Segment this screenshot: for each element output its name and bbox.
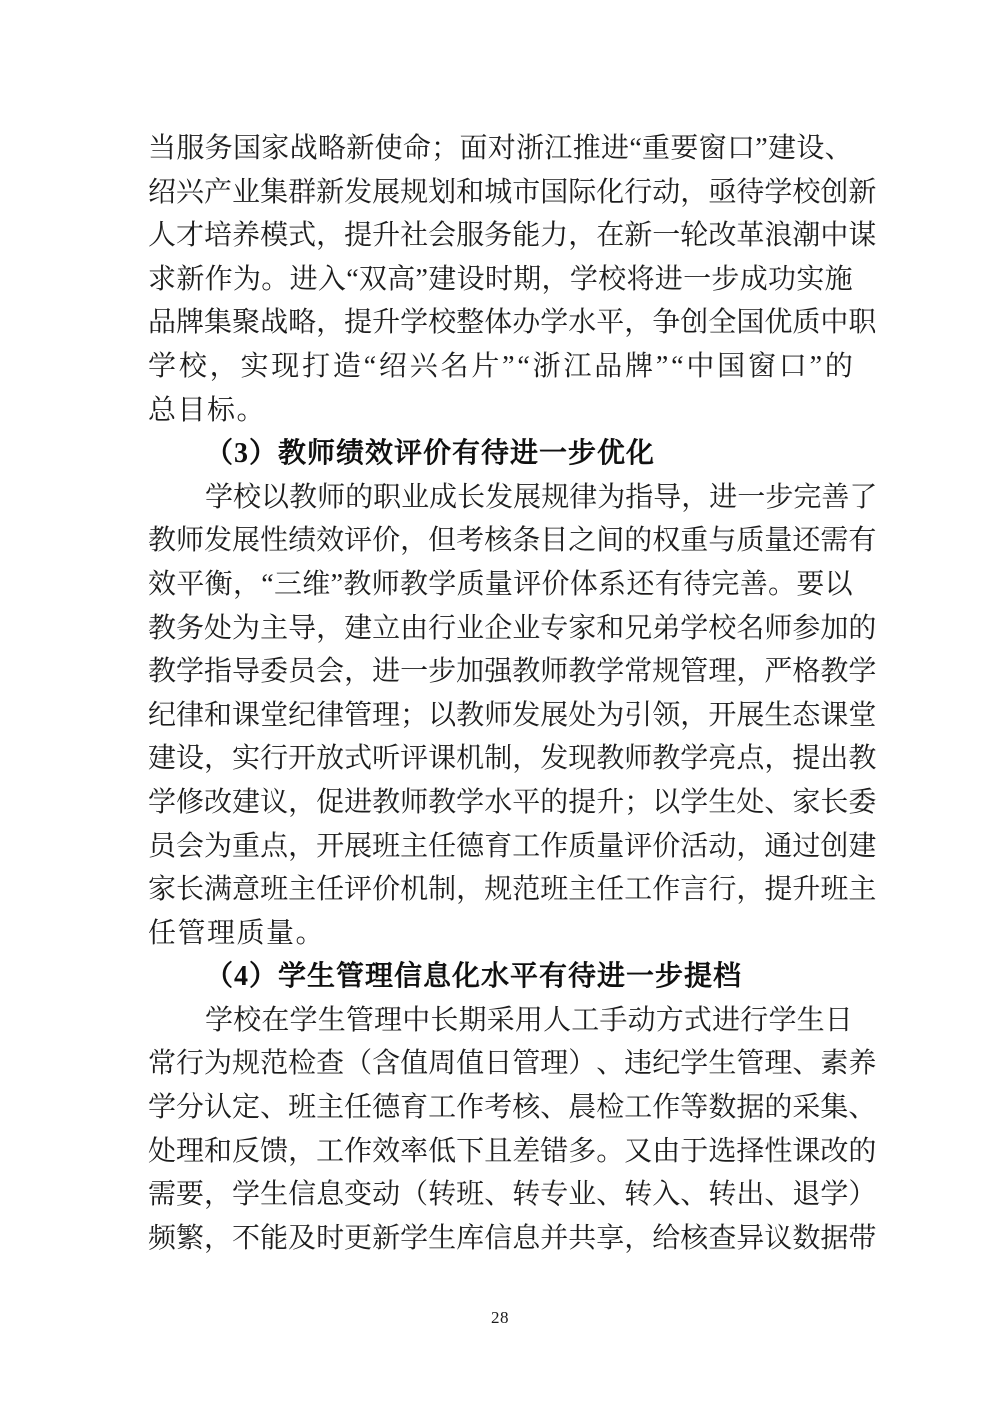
text-line: 常行为规范检查（含值周值日管理）、违纪学生管理、素养 [148,1042,853,1086]
text-line: 总目标。 [148,389,853,433]
text-line: 需要，学生信息变动（转班、转专业、转入、转出、退学） [148,1173,853,1217]
text-line: 学修改建议，促进教师教学水平的提升；以学生处、家长委 [148,781,853,825]
text-line: 建设，实行开放式听评课机制，发现教师教学亮点，提出教 [148,737,853,781]
text-line: 教师发展性绩效评价，但考核条目之间的权重与质量还需有 [148,519,853,563]
text-line: 学分认定、班主任德育工作考核、晨检工作等数据的采集、 [148,1086,853,1130]
text-line: 品牌集聚战略，提升学校整体办学水平，争创全国优质中职 [148,301,853,345]
text-line: 效平衡，“三维”教师教学质量评价体系还有待完善。要以 [148,563,853,607]
section-heading-3: （3）教师绩效评价有待进一步优化 [148,432,853,476]
text-line: 求新作为。进入“双高”建设时期，学校将进一步成功实施 [148,258,853,302]
text-line: 教务处为主导，建立由行业企业专家和兄弟学校名师参加的 [148,607,853,651]
text-line: 教学指导委员会，进一步加强教师教学常规管理，严格教学 [148,650,853,694]
text-line: 任管理质量。 [148,912,853,956]
text-line: 绍兴产业集群新发展规划和城市国际化行动，亟待学校创新 [148,171,853,215]
text-line: 员会为重点，开展班主任德育工作质量评价活动，通过创建 [148,825,853,869]
text-line: 频繁，不能及时更新学生库信息并共享，给核查异议数据带 [148,1217,853,1261]
text-line: 人才培养模式，提升社会服务能力，在新一轮改革浪潮中谋 [148,214,853,258]
text-line: 学校以教师的职业成长发展规律为指导，进一步完善了 [148,476,853,520]
page-number: 28 [0,1306,1000,1330]
text-block: 当服务国家战略新使命；面对浙江推进“重要窗口”建设、 绍兴产业集群新发展规划和城… [148,127,853,1260]
text-line: 学校在学生管理中长期采用人工手动方式进行学生日 [148,999,853,1043]
text-line: 当服务国家战略新使命；面对浙江推进“重要窗口”建设、 [148,127,853,171]
text-line: 学校，实现打造“绍兴名片”“浙江品牌”“中国窗口”的 [148,345,853,389]
document-page: 当服务国家战略新使命；面对浙江推进“重要窗口”建设、 绍兴产业集群新发展规划和城… [0,0,1000,1415]
text-line: 家长满意班主任评价机制，规范班主任工作言行，提升班主 [148,868,853,912]
text-line: 纪律和课堂纪律管理；以教师发展处为引领，开展生态课堂 [148,694,853,738]
text-line: 处理和反馈，工作效率低下且差错多。又由于选择性课改的 [148,1130,853,1174]
section-heading-4: （4）学生管理信息化水平有待进一步提档 [148,955,853,999]
